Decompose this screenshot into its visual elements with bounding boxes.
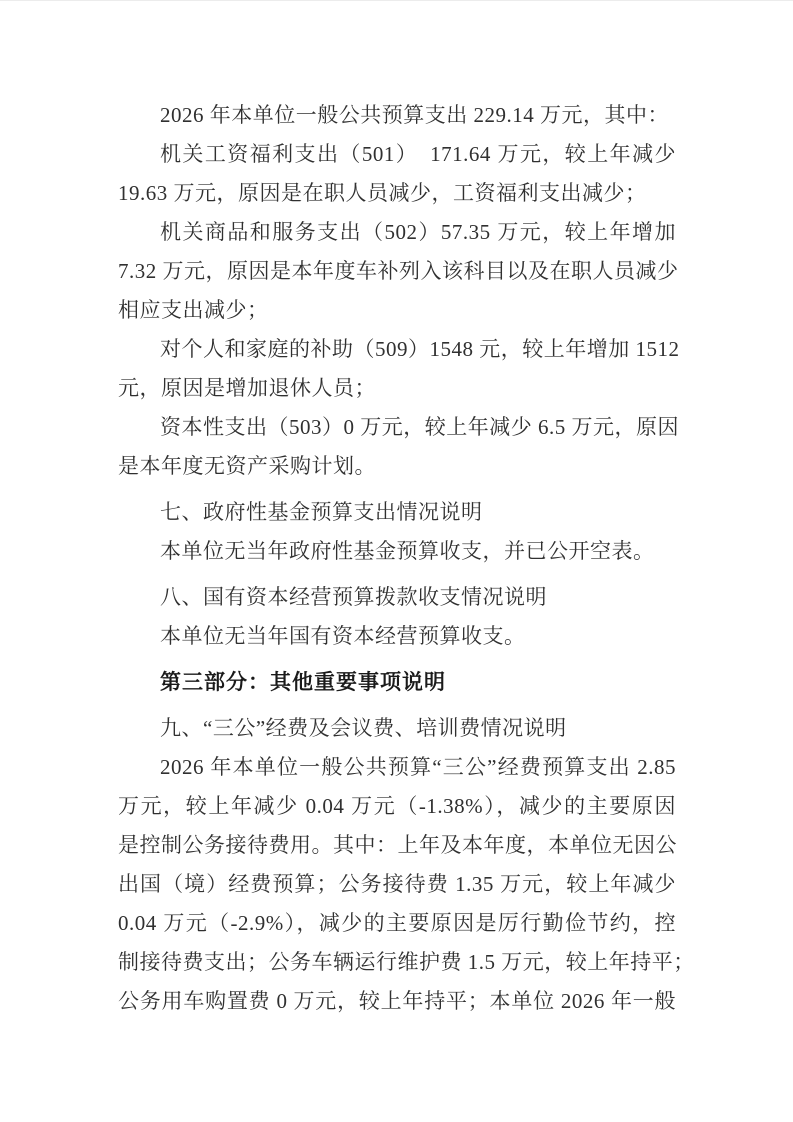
- text-line: 制接待费支出；公务车辆运行维护费 1.5 万元，较上年持平；: [118, 943, 676, 982]
- document-page: 2026 年本单位一般公共预算支出 229.14 万元，其中：机关工资福利支出（…: [0, 0, 793, 1122]
- heading-section-nine-three-public: 九、“三公”经费及会议费、培训费情况说明: [118, 709, 676, 748]
- para-overall-expenditure: 2026 年本单位一般公共预算支出 229.14 万元，其中：: [118, 96, 676, 135]
- text-line: 对个人和家庭的补助（509）1548 元，较上年增加 1512: [118, 330, 676, 369]
- text-line: 相应支出减少；: [118, 291, 676, 330]
- text-line: 八、国有资本经营预算拨款收支情况说明: [118, 578, 676, 617]
- text-line: 7.32 万元，原因是本年度车补列入该科目以及在职人员减少: [118, 252, 676, 291]
- text-line: 0.04 万元（-2.9%），减少的主要原因是厉行勤俭节约，控: [118, 904, 676, 943]
- para-capital-expenditure-503: 资本性支出（503）0 万元，较上年减少 6.5 万元，原因是本年度无资产采购计…: [118, 408, 676, 486]
- text-line: 2026 年本单位一般公共预算支出 229.14 万元，其中：: [118, 96, 676, 135]
- text-line: 公务用车购置费 0 万元，较上年持平；本单位 2026 年一般: [118, 982, 676, 1021]
- text-line: 九、“三公”经费及会议费、培训费情况说明: [118, 709, 676, 748]
- heading-part-three: 第三部分：其他重要事项说明: [118, 663, 676, 702]
- para-individual-family-subsidy-509: 对个人和家庭的补助（509）1548 元，较上年增加 1512元，原因是增加退休…: [118, 330, 676, 408]
- text-line: 元，原因是增加退休人员；: [118, 369, 676, 408]
- text-line: 2026 年本单位一般公共预算“三公”经费预算支出 2.85: [118, 748, 676, 787]
- heading-section-seven-govt-fund: 七、政府性基金预算支出情况说明: [118, 493, 676, 532]
- text-line: 19.63 万元，原因是在职人员减少，工资福利支出减少；: [118, 174, 676, 213]
- text-line: 万元，较上年减少 0.04 万元（-1.38%），减少的主要原因: [118, 787, 676, 826]
- text-line: 是本年度无资产采购计划。: [118, 447, 676, 486]
- text-line: 本单位无当年政府性基金预算收支，并已公开空表。: [118, 532, 676, 571]
- para-three-public-funds-detail: 2026 年本单位一般公共预算“三公”经费预算支出 2.85万元，较上年减少 0…: [118, 748, 676, 1021]
- heading-section-eight-state-capital: 八、国有资本经营预算拨款收支情况说明: [118, 578, 676, 617]
- para-govt-fund-statement: 本单位无当年政府性基金预算收支，并已公开空表。: [118, 532, 676, 571]
- text-line: 机关工资福利支出（501） 171.64 万元，较上年减少: [118, 135, 676, 174]
- text-line: 机关商品和服务支出（502）57.35 万元，较上年增加: [118, 213, 676, 252]
- text-line: 出国（境）经费预算；公务接待费 1.35 万元，较上年减少: [118, 865, 676, 904]
- text-line: 七、政府性基金预算支出情况说明: [118, 493, 676, 532]
- text-line: 是控制公务接待费用。其中：上年及本年度，本单位无因公: [118, 826, 676, 865]
- para-wage-benefits-501: 机关工资福利支出（501） 171.64 万元，较上年减少19.63 万元，原因…: [118, 135, 676, 213]
- para-state-capital-statement: 本单位无当年国有资本经营预算收支。: [118, 617, 676, 656]
- para-goods-services-502: 机关商品和服务支出（502）57.35 万元，较上年增加7.32 万元，原因是本…: [118, 213, 676, 330]
- text-line: 第三部分：其他重要事项说明: [118, 663, 676, 702]
- text-line: 本单位无当年国有资本经营预算收支。: [118, 617, 676, 656]
- text-line: 资本性支出（503）0 万元，较上年减少 6.5 万元，原因: [118, 408, 676, 447]
